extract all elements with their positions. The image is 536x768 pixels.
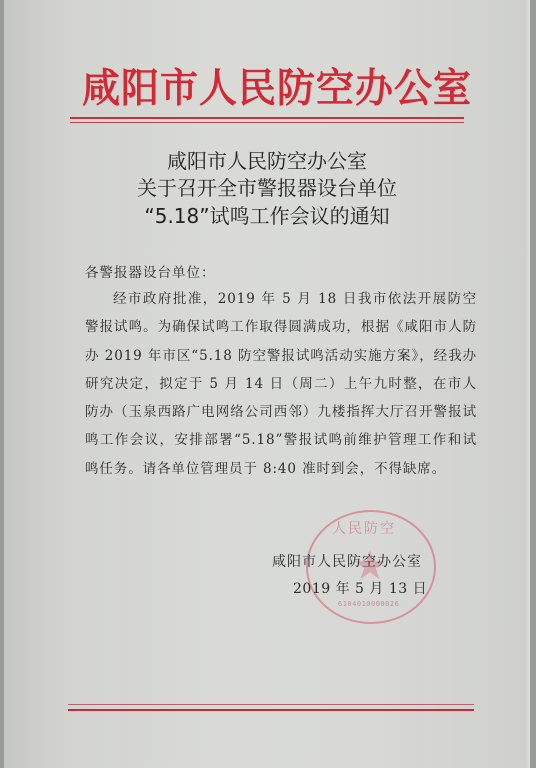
notice-title-line-1: 咸阳市人民防空办公室 — [4, 149, 530, 173]
footer-rule-thin — [68, 704, 474, 705]
notice-title-line-2: 关于召开全市警报器设台单位 — [4, 176, 530, 200]
footer-rule-thick — [68, 709, 474, 711]
signature-org: 咸阳市人民防空办公室 — [272, 551, 422, 571]
seal-text: 人民防空 — [332, 518, 396, 538]
notice-title-line-3: “5.18”试鸣工作会议的通知 — [4, 204, 530, 228]
letterhead-rule-thin — [70, 122, 464, 123]
page-edge — [524, 0, 530, 768]
seal-code: 6104010000026 — [338, 600, 399, 608]
letterhead-rule-thick — [70, 117, 464, 119]
document-page: 咸阳市人民防空办公室 咸阳市人民防空办公室 关于召开全市警报器设台单位 “5.1… — [4, 0, 530, 768]
letterhead-title: 咸阳市人民防空办公室 — [82, 65, 472, 111]
signature-date: 2019 年 5 月 13 日 — [293, 578, 427, 598]
salutation: 各警报器设台单位： — [85, 261, 216, 281]
notice-body: 经市政府批准，2019 年 5 月 18 日我市依法开展防空警报试鸣。为确保试鸣… — [85, 285, 477, 483]
